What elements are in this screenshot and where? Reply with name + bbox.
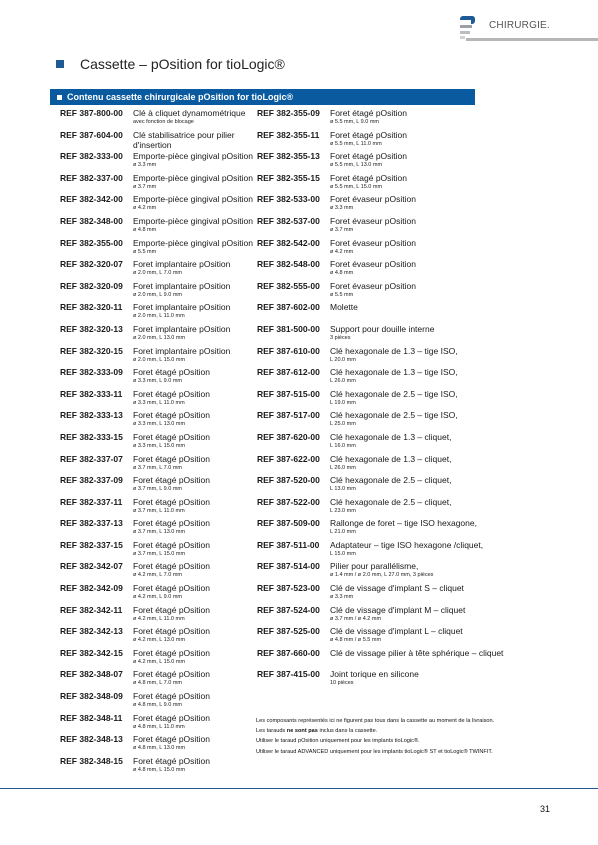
item-detail: ø 3.7 mm bbox=[133, 183, 253, 191]
item-name: Foret étagé pOsition bbox=[133, 648, 210, 658]
item-ref: REF 387-509-00 bbox=[257, 518, 330, 540]
item-description: Emporte-pièce gingival pOsitionø 3.7 mm bbox=[133, 173, 253, 195]
item-detail: L 26.0 mm bbox=[330, 377, 458, 385]
page-title-text: Cassette – pOsition for tioLogic® bbox=[80, 56, 285, 72]
item-detail: ø 4.2 mm bbox=[133, 204, 253, 212]
list-item: REF 387-514-00Pilier pour parallélisme,ø… bbox=[257, 561, 547, 583]
list-item: REF 382-342-00Emporte-pièce gingival pOs… bbox=[60, 194, 255, 216]
item-name: Joint torique en silicone bbox=[330, 669, 419, 679]
list-item: REF 382-348-00Emporte-pièce gingival pOs… bbox=[60, 216, 255, 238]
item-ref: REF 387-415-00 bbox=[257, 669, 330, 691]
item-ref: REF 387-517-00 bbox=[257, 410, 330, 432]
item-detail: ø 4.2 mm, L 11.0 mm bbox=[133, 615, 210, 623]
list-item: REF 382-555-00Foret évaseur pOsitionø 5.… bbox=[257, 281, 547, 303]
item-description: Clé hexagonale de 2.5 – tige ISO,L 25.0 … bbox=[330, 410, 458, 432]
item-ref: REF 387-604-00 bbox=[60, 130, 133, 152]
item-name: Foret étagé pOsition bbox=[330, 130, 407, 140]
item-description: Foret étagé pOsitionø 4.2 mm, L 7.0 mm bbox=[133, 561, 210, 583]
item-description: Foret étagé pOsitionø 4.2 mm, L 9.0 mm bbox=[133, 583, 210, 605]
item-detail: ø 2.0 mm, L 7.0 mm bbox=[133, 269, 230, 277]
section-header: Contenu cassette chirurgicale pOsition f… bbox=[50, 89, 475, 105]
item-name: Foret étagé pOsition bbox=[133, 410, 210, 420]
list-item: REF 382-333-11Foret étagé pOsitionø 3.3 … bbox=[60, 389, 255, 411]
item-description: Foret étagé pOsitionø 4.8 mm, L 15.0 mm bbox=[133, 756, 210, 778]
item-detail: ø 5.5 mm bbox=[330, 291, 416, 299]
item-detail: ø 5.5 mm, L 15.0 mm bbox=[330, 183, 407, 191]
item-description: Foret étagé pOsitionø 4.8 mm, L 13.0 mm bbox=[133, 734, 210, 756]
item-description: Foret étagé pOsitionø 3.7 mm, L 9.0 mm bbox=[133, 475, 210, 497]
item-description: Clé à cliquet dynamométriqueavec fonctio… bbox=[133, 108, 245, 130]
item-detail: ø 3.7 mm / ø 4.2 mm bbox=[330, 615, 465, 623]
item-description: Foret implantaire pOsitionø 2.0 mm, L 13… bbox=[133, 324, 230, 346]
item-name: Clé hexagonale de 1.3 – tige ISO, bbox=[330, 346, 458, 356]
item-ref: REF 382-537-00 bbox=[257, 216, 330, 238]
item-ref: REF 382-355-15 bbox=[257, 173, 330, 195]
item-name: Foret implantaire pOsition bbox=[133, 281, 230, 291]
item-detail: ø 4.8 mm, L 11.0 mm bbox=[133, 723, 210, 731]
list-item: REF 387-622-00Clé hexagonale de 1.3 – cl… bbox=[257, 454, 547, 476]
item-name: Emporte-pièce gingival pOsition bbox=[133, 216, 253, 226]
item-detail: ø 4.2 mm, L 13.0 mm bbox=[133, 636, 210, 644]
item-description: Clé hexagonale de 1.3 – cliquet,L 26.0 m… bbox=[330, 454, 451, 476]
item-description: Clé hexagonale de 1.3 – tige ISO,L 26.0 … bbox=[330, 367, 458, 389]
item-ref: REF 382-333-09 bbox=[60, 367, 133, 389]
item-ref: REF 382-342-15 bbox=[60, 648, 133, 670]
item-description: Molette bbox=[330, 302, 358, 324]
item-name: Foret étagé pOsition bbox=[133, 454, 210, 464]
item-ref: REF 387-515-00 bbox=[257, 389, 330, 411]
item-name: Clé de vissage d'implant M – cliquet bbox=[330, 605, 465, 615]
item-ref: REF 387-602-00 bbox=[257, 302, 330, 324]
item-name: Foret implantaire pOsition bbox=[133, 346, 230, 356]
note-line: Les tarauds ne sont pas inclus dans la c… bbox=[256, 726, 494, 736]
item-name: Foret étagé pOsition bbox=[133, 713, 210, 723]
header-divider bbox=[466, 38, 598, 41]
item-name: Clé hexagonale de 2.5 – cliquet, bbox=[330, 475, 451, 485]
item-ref: REF 387-524-00 bbox=[257, 605, 330, 627]
list-item: REF 382-348-15Foret étagé pOsitionø 4.8 … bbox=[60, 756, 255, 778]
item-ref: REF 387-514-00 bbox=[257, 561, 330, 583]
item-description: Joint torique en silicone10 pièces bbox=[330, 669, 419, 691]
item-name: Foret étagé pOsition bbox=[133, 626, 210, 636]
item-ref: REF 382-348-07 bbox=[60, 669, 133, 691]
item-description: Clé hexagonale de 2.5 – tige ISO,L 19.0 … bbox=[330, 389, 458, 411]
list-item: REF 382-542-00Foret évaseur pOsitionø 4.… bbox=[257, 238, 547, 260]
list-item: REF 382-355-11Foret étagé pOsitionø 5.5 … bbox=[257, 130, 547, 152]
item-name: Foret étagé pOsition bbox=[330, 173, 407, 183]
item-description: Foret étagé pOsitionø 3.3 mm, L 15.0 mm bbox=[133, 432, 210, 454]
item-ref: REF 382-348-09 bbox=[60, 691, 133, 713]
list-item: REF 382-337-13Foret étagé pOsitionø 3.7 … bbox=[60, 518, 255, 540]
item-ref: REF 382-320-09 bbox=[60, 281, 133, 303]
item-name: Clé hexagonale de 2.5 – cliquet, bbox=[330, 497, 451, 507]
item-ref: REF 387-800-00 bbox=[60, 108, 133, 130]
page-title: Cassette – pOsition for tioLogic® bbox=[56, 56, 285, 72]
item-ref: REF 382-337-15 bbox=[60, 540, 133, 562]
item-description: Foret évaseur pOsitionø 4.2 mm bbox=[330, 238, 416, 260]
list-item: REF 382-320-11Foret implantaire pOsition… bbox=[60, 302, 255, 324]
item-name: Foret étagé pOsition bbox=[133, 497, 210, 507]
item-name: Foret étagé pOsition bbox=[133, 518, 210, 528]
item-ref: REF 382-337-07 bbox=[60, 454, 133, 476]
item-name: Foret évaseur pOsition bbox=[330, 281, 416, 291]
item-detail: ø 4.8 mm, L 13.0 mm bbox=[133, 744, 210, 752]
item-name: Rallonge de foret – tige ISO hexagone, bbox=[330, 518, 477, 528]
item-detail: ø 3.7 mm bbox=[330, 226, 416, 234]
item-name: Foret étagé pOsition bbox=[133, 734, 210, 744]
list-item: REF 382-355-09Foret étagé pOsitionø 5.5 … bbox=[257, 108, 547, 130]
item-detail: L 26.0 mm bbox=[330, 464, 451, 472]
list-item: REF 382-548-00Foret évaseur pOsitionø 4.… bbox=[257, 259, 547, 281]
item-name: Clé hexagonale de 1.3 – cliquet, bbox=[330, 432, 451, 442]
list-item: REF 382-337-07Foret étagé pOsitionø 3.7 … bbox=[60, 454, 255, 476]
list-item: REF 382-533-00Foret évaseur pOsitionø 3.… bbox=[257, 194, 547, 216]
note-line: Utiliser le taraud pOsition uniquement p… bbox=[256, 736, 494, 746]
list-item: REF 382-320-07Foret implantaire pOsition… bbox=[60, 259, 255, 281]
item-description: Foret évaseur pOsitionø 5.5 mm bbox=[330, 281, 416, 303]
item-description: Clé hexagonale de 1.3 – tige ISO,L 20.0 … bbox=[330, 346, 458, 368]
item-ref: REF 382-337-11 bbox=[60, 497, 133, 519]
item-name: Clé à cliquet dynamométrique bbox=[133, 108, 245, 118]
item-description: Pilier pour parallélisme,ø 1.4 mm / ø 2.… bbox=[330, 561, 433, 583]
item-detail: ø 3.3 mm bbox=[133, 161, 253, 169]
item-description: Clé hexagonale de 2.5 – cliquet,L 23.0 m… bbox=[330, 497, 451, 519]
item-ref: REF 387-525-00 bbox=[257, 626, 330, 648]
item-description: Foret étagé pOsitionø 3.3 mm, L 13.0 mm bbox=[133, 410, 210, 432]
list-item: REF 382-537-00Foret évaseur pOsitionø 3.… bbox=[257, 216, 547, 238]
item-ref: REF 382-355-00 bbox=[60, 238, 133, 260]
item-description: Clé hexagonale de 1.3 – cliquet,L 16.0 m… bbox=[330, 432, 451, 454]
list-item: REF 382-355-00Emporte-pièce gingival pOs… bbox=[60, 238, 255, 260]
item-description: Foret étagé pOsitionø 4.2 mm, L 11.0 mm bbox=[133, 605, 210, 627]
item-ref: REF 382-348-11 bbox=[60, 713, 133, 735]
item-ref: REF 382-342-13 bbox=[60, 626, 133, 648]
list-item: REF 382-348-09Foret étagé pOsitionø 4.8 … bbox=[60, 691, 255, 713]
item-detail: ø 5.5 mm, L 11.0 mm bbox=[330, 140, 407, 148]
list-item: REF 382-320-15Foret implantaire pOsition… bbox=[60, 346, 255, 368]
item-description: Foret évaseur pOsitionø 3.7 mm bbox=[330, 216, 416, 238]
item-name: Foret étagé pOsition bbox=[330, 151, 407, 161]
item-description: Rallonge de foret – tige ISO hexagone,L … bbox=[330, 518, 477, 540]
list-item: REF 382-348-11Foret étagé pOsitionø 4.8 … bbox=[60, 713, 255, 735]
item-description: Foret étagé pOsitionø 4.8 mm, L 11.0 mm bbox=[133, 713, 210, 735]
item-detail: L 20.0 mm bbox=[330, 356, 458, 364]
list-item: REF 382-333-00Emporte-pièce gingival pOs… bbox=[60, 151, 255, 173]
item-description: Foret évaseur pOsitionø 4.8 mm bbox=[330, 259, 416, 281]
item-name: Clé de vissage pilier à tête sphérique –… bbox=[330, 648, 503, 658]
item-detail: ø 4.2 mm, L 7.0 mm bbox=[133, 571, 210, 579]
note-line: Utiliser le taraud ADVANCED uniquement p… bbox=[256, 747, 494, 757]
item-detail: L 25.0 mm bbox=[330, 420, 458, 428]
item-ref: REF 382-337-09 bbox=[60, 475, 133, 497]
item-ref: REF 382-555-00 bbox=[257, 281, 330, 303]
item-description: Emporte-pièce gingival pOsitionø 4.2 mm bbox=[133, 194, 253, 216]
item-description: Foret étagé pOsitionø 3.7 mm, L 7.0 mm bbox=[133, 454, 210, 476]
item-ref: REF 387-620-00 bbox=[257, 432, 330, 454]
item-description: Foret implantaire pOsitionø 2.0 mm, L 15… bbox=[133, 346, 230, 368]
item-description: Foret étagé pOsitionø 4.2 mm, L 13.0 mm bbox=[133, 626, 210, 648]
item-name: Foret étagé pOsition bbox=[133, 475, 210, 485]
item-ref: REF 387-511-00 bbox=[257, 540, 330, 562]
item-ref: REF 382-542-00 bbox=[257, 238, 330, 260]
list-item: REF 387-525-00Clé de vissage d'implant L… bbox=[257, 626, 547, 648]
item-name: Clé stabilisatrice pour pilier d'inserti… bbox=[133, 130, 255, 150]
item-name: Foret évaseur pOsition bbox=[330, 216, 416, 226]
list-item: REF 387-602-00Molette bbox=[257, 302, 547, 324]
item-description: Foret étagé pOsitionø 4.2 mm, L 15.0 mm bbox=[133, 648, 210, 670]
list-item: REF 382-333-09Foret étagé pOsitionø 3.3 … bbox=[60, 367, 255, 389]
item-ref: REF 387-622-00 bbox=[257, 454, 330, 476]
item-name: Foret étagé pOsition bbox=[133, 669, 210, 679]
item-list-left: REF 387-800-00Clé à cliquet dynamométriq… bbox=[60, 108, 255, 777]
item-name: Emporte-pièce gingival pOsition bbox=[133, 151, 253, 161]
item-description: Clé de vissage d'implant M – cliquetø 3.… bbox=[330, 605, 465, 627]
item-ref: REF 382-548-00 bbox=[257, 259, 330, 281]
item-detail: ø 3.7 mm, L 13.0 mm bbox=[133, 528, 210, 536]
item-name: Clé hexagonale de 2.5 – tige ISO, bbox=[330, 410, 458, 420]
item-ref: REF 382-348-15 bbox=[60, 756, 133, 778]
brand-name: CHIRURGIE. bbox=[489, 20, 550, 31]
item-name: Foret étagé pOsition bbox=[133, 691, 210, 701]
item-detail: ø 3.7 mm, L 7.0 mm bbox=[133, 464, 210, 472]
item-name: Foret évaseur pOsition bbox=[330, 259, 416, 269]
list-item: REF 387-415-00Joint torique en silicone1… bbox=[257, 669, 547, 691]
item-ref: REF 382-333-11 bbox=[60, 389, 133, 411]
item-ref: REF 387-612-00 bbox=[257, 367, 330, 389]
list-item: REF 382-348-07Foret étagé pOsitionø 4.8 … bbox=[60, 669, 255, 691]
item-detail: ø 4.2 mm, L 15.0 mm bbox=[133, 658, 210, 666]
item-name: Foret implantaire pOsition bbox=[133, 324, 230, 334]
item-list-right: REF 382-355-09Foret étagé pOsitionø 5.5 … bbox=[257, 108, 547, 691]
item-name: Emporte-pièce gingival pOsition bbox=[133, 194, 253, 204]
note-line: Les composants représentés ici ne figure… bbox=[256, 716, 494, 726]
item-name: Clé de vissage d'implant S – cliquet bbox=[330, 583, 464, 593]
item-detail: ø 4.8 mm, L 15.0 mm bbox=[133, 766, 210, 774]
page-number: 31 bbox=[540, 804, 550, 814]
item-description: Clé de vissage d'implant S – cliquetø 3.… bbox=[330, 583, 464, 605]
item-description: Foret étagé pOsitionø 5.5 mm, L 13.0 mm bbox=[330, 151, 407, 173]
list-item: REF 387-517-00Clé hexagonale de 2.5 – ti… bbox=[257, 410, 547, 432]
item-name: Clé de vissage d'implant L – cliquet bbox=[330, 626, 463, 636]
list-item: REF 387-522-00Clé hexagonale de 2.5 – cl… bbox=[257, 497, 547, 519]
item-ref: REF 382-320-07 bbox=[60, 259, 133, 281]
item-description: Foret étagé pOsitionø 3.3 mm, L 9.0 mm bbox=[133, 367, 210, 389]
item-ref: REF 381-500-00 bbox=[257, 324, 330, 346]
item-detail: L 15.0 mm bbox=[330, 550, 483, 558]
list-item: REF 382-337-15Foret étagé pOsitionø 3.7 … bbox=[60, 540, 255, 562]
item-ref: REF 382-333-00 bbox=[60, 151, 133, 173]
item-ref: REF 382-342-11 bbox=[60, 605, 133, 627]
list-item: REF 387-660-00Clé de vissage pilier à tê… bbox=[257, 648, 547, 670]
item-name: Molette bbox=[330, 302, 358, 312]
item-name: Foret implantaire pOsition bbox=[133, 259, 230, 269]
brand-header: CHIRURGIE. bbox=[458, 14, 598, 44]
item-description: Clé stabilisatrice pour pilier d'inserti… bbox=[133, 130, 255, 152]
list-item: REF 382-333-15Foret étagé pOsitionø 3.3 … bbox=[60, 432, 255, 454]
item-detail: ø 3.3 mm, L 13.0 mm bbox=[133, 420, 210, 428]
section-title: Contenu cassette chirurgicale pOsition f… bbox=[67, 92, 293, 102]
list-item: REF 382-337-09Foret étagé pOsitionø 3.7 … bbox=[60, 475, 255, 497]
item-detail: ø 3.3 mm bbox=[330, 593, 464, 601]
item-detail: ø 5.5 mm, L 9.0 mm bbox=[330, 118, 407, 126]
notes: Les composants représentés ici ne figure… bbox=[256, 716, 494, 757]
item-detail: ø 4.8 mm, L 9.0 mm bbox=[133, 701, 210, 709]
list-item: REF 387-604-00Clé stabilisatrice pour pi… bbox=[60, 130, 255, 152]
item-ref: REF 382-355-09 bbox=[257, 108, 330, 130]
list-item: REF 382-333-13Foret étagé pOsitionø 3.3 … bbox=[60, 410, 255, 432]
item-detail: ø 3.7 mm, L 11.0 mm bbox=[133, 507, 210, 515]
item-ref: REF 382-355-11 bbox=[257, 130, 330, 152]
item-ref: REF 382-337-00 bbox=[60, 173, 133, 195]
item-description: Emporte-pièce gingival pOsitionø 4.8 mm bbox=[133, 216, 253, 238]
item-description: Foret étagé pOsitionø 3.3 mm, L 11.0 mm bbox=[133, 389, 210, 411]
item-name: Foret étagé pOsition bbox=[330, 108, 407, 118]
item-detail: avec fonction de blocage bbox=[133, 118, 245, 126]
item-description: Foret implantaire pOsitionø 2.0 mm, L 9.… bbox=[133, 281, 230, 303]
item-detail: ø 4.2 mm bbox=[330, 248, 416, 256]
item-ref: REF 387-522-00 bbox=[257, 497, 330, 519]
list-item: REF 382-342-11Foret étagé pOsitionø 4.2 … bbox=[60, 605, 255, 627]
brand-logo-icon bbox=[458, 16, 476, 40]
item-detail: ø 4.2 mm, L 9.0 mm bbox=[133, 593, 210, 601]
item-ref: REF 387-520-00 bbox=[257, 475, 330, 497]
item-detail: ø 3.3 mm, L 9.0 mm bbox=[133, 377, 210, 385]
list-item: REF 387-511-00Adaptateur – tige ISO hexa… bbox=[257, 540, 547, 562]
list-item: REF 382-342-15Foret étagé pOsitionø 4.2 … bbox=[60, 648, 255, 670]
item-detail: ø 4.8 mm bbox=[330, 269, 416, 277]
list-item: REF 382-337-00Emporte-pièce gingival pOs… bbox=[60, 173, 255, 195]
item-ref: REF 382-333-13 bbox=[60, 410, 133, 432]
item-ref: REF 382-333-15 bbox=[60, 432, 133, 454]
item-detail: ø 2.0 mm, L 9.0 mm bbox=[133, 291, 230, 299]
item-ref: REF 382-337-13 bbox=[60, 518, 133, 540]
item-name: Foret évaseur pOsition bbox=[330, 238, 416, 248]
item-ref: REF 387-523-00 bbox=[257, 583, 330, 605]
list-item: REF 382-348-13Foret étagé pOsitionø 4.8 … bbox=[60, 734, 255, 756]
item-ref: REF 382-533-00 bbox=[257, 194, 330, 216]
item-description: Clé de vissage pilier à tête sphérique –… bbox=[330, 648, 503, 670]
item-name: Foret étagé pOsition bbox=[133, 583, 210, 593]
item-detail: ø 3.3 mm bbox=[330, 204, 416, 212]
item-name: Foret étagé pOsition bbox=[133, 605, 210, 615]
list-item: REF 382-342-07Foret étagé pOsitionø 4.2 … bbox=[60, 561, 255, 583]
list-item: REF 382-337-11Foret étagé pOsitionø 3.7 … bbox=[60, 497, 255, 519]
item-ref: REF 382-320-11 bbox=[60, 302, 133, 324]
item-ref: REF 387-610-00 bbox=[257, 346, 330, 368]
list-item: REF 387-523-00Clé de vissage d'implant S… bbox=[257, 583, 547, 605]
item-ref: REF 382-320-13 bbox=[60, 324, 133, 346]
item-detail: ø 2.0 mm, L 15.0 mm bbox=[133, 356, 230, 364]
item-description: Foret étagé pOsitionø 5.5 mm, L 11.0 mm bbox=[330, 130, 407, 152]
item-detail: L 13.0 mm bbox=[330, 485, 451, 493]
item-description: Foret étagé pOsitionø 3.7 mm, L 11.0 mm bbox=[133, 497, 210, 519]
item-name: Foret étagé pOsition bbox=[133, 389, 210, 399]
item-name: Clé hexagonale de 1.3 – tige ISO, bbox=[330, 367, 458, 377]
item-name: Clé hexagonale de 1.3 – cliquet, bbox=[330, 454, 451, 464]
square-bullet-icon bbox=[57, 95, 62, 100]
item-description: Foret étagé pOsitionø 3.7 mm, L 15.0 mm bbox=[133, 540, 210, 562]
item-ref: REF 382-342-07 bbox=[60, 561, 133, 583]
item-description: Emporte-pièce gingival pOsitionø 5.5 mm bbox=[133, 238, 253, 260]
footer-divider bbox=[0, 788, 598, 789]
item-description: Foret implantaire pOsitionø 2.0 mm, L 7.… bbox=[133, 259, 230, 281]
list-item: REF 387-612-00Clé hexagonale de 1.3 – ti… bbox=[257, 367, 547, 389]
item-name: Foret étagé pOsition bbox=[133, 540, 210, 550]
item-name: Clé hexagonale de 2.5 – tige ISO, bbox=[330, 389, 458, 399]
item-name: Foret étagé pOsition bbox=[133, 367, 210, 377]
item-name: Emporte-pièce gingival pOsition bbox=[133, 238, 253, 248]
item-detail: L 16.0 mm bbox=[330, 442, 451, 450]
item-name: Support pour douille interne bbox=[330, 324, 434, 334]
item-detail: ø 3.7 mm, L 9.0 mm bbox=[133, 485, 210, 493]
list-item: REF 387-610-00Clé hexagonale de 1.3 – ti… bbox=[257, 346, 547, 368]
item-detail: ø 5.5 mm, L 13.0 mm bbox=[330, 161, 407, 169]
item-description: Clé de vissage d'implant L – cliquetø 4.… bbox=[330, 626, 463, 648]
item-detail: ø 3.3 mm, L 15.0 mm bbox=[133, 442, 210, 450]
item-description: Support pour douille interne3 pièces bbox=[330, 324, 434, 346]
list-item: REF 382-355-15Foret étagé pOsitionø 5.5 … bbox=[257, 173, 547, 195]
item-detail: ø 2.0 mm, L 13.0 mm bbox=[133, 334, 230, 342]
item-detail: ø 4.8 mm / ø 5.5 mm bbox=[330, 636, 463, 644]
list-item: REF 382-320-09Foret implantaire pOsition… bbox=[60, 281, 255, 303]
item-name: Pilier pour parallélisme, bbox=[330, 561, 433, 571]
item-name: Foret étagé pOsition bbox=[133, 561, 210, 571]
item-detail: L 23.0 mm bbox=[330, 507, 451, 515]
item-name: Foret implantaire pOsition bbox=[133, 302, 230, 312]
item-description: Clé hexagonale de 2.5 – cliquet,L 13.0 m… bbox=[330, 475, 451, 497]
item-name: Foret étagé pOsition bbox=[133, 756, 210, 766]
list-item: REF 382-355-13Foret étagé pOsitionø 5.5 … bbox=[257, 151, 547, 173]
item-ref: REF 387-660-00 bbox=[257, 648, 330, 670]
item-name: Adaptateur – tige ISO hexagone /cliquet, bbox=[330, 540, 483, 550]
item-description: Foret étagé pOsitionø 5.5 mm, L 15.0 mm bbox=[330, 173, 407, 195]
list-item: REF 381-500-00Support pour douille inter… bbox=[257, 324, 547, 346]
item-description: Foret évaseur pOsitionø 3.3 mm bbox=[330, 194, 416, 216]
item-detail: ø 4.8 mm bbox=[133, 226, 253, 234]
list-item: REF 387-515-00Clé hexagonale de 2.5 – ti… bbox=[257, 389, 547, 411]
item-name: Foret évaseur pOsition bbox=[330, 194, 416, 204]
item-ref: REF 382-348-00 bbox=[60, 216, 133, 238]
list-item: REF 382-342-13Foret étagé pOsitionø 4.2 … bbox=[60, 626, 255, 648]
list-item: REF 387-509-00Rallonge de foret – tige I… bbox=[257, 518, 547, 540]
list-item: REF 387-800-00Clé à cliquet dynamométriq… bbox=[60, 108, 255, 130]
item-detail: ø 3.3 mm, L 11.0 mm bbox=[133, 399, 210, 407]
item-description: Adaptateur – tige ISO hexagone /cliquet,… bbox=[330, 540, 483, 562]
item-detail: ø 2.0 mm, L 11.0 mm bbox=[133, 312, 230, 320]
item-description: Emporte-pièce gingival pOsitionø 3.3 mm bbox=[133, 151, 253, 173]
item-detail: L 21.0 mm bbox=[330, 528, 477, 536]
item-ref: REF 382-355-13 bbox=[257, 151, 330, 173]
list-item: REF 387-524-00Clé de vissage d'implant M… bbox=[257, 605, 547, 627]
item-detail: 3 pièces bbox=[330, 334, 434, 342]
list-item: REF 387-520-00Clé hexagonale de 2.5 – cl… bbox=[257, 475, 547, 497]
square-bullet-icon bbox=[56, 60, 64, 68]
item-name: Emporte-pièce gingival pOsition bbox=[133, 173, 253, 183]
item-detail: ø 3.7 mm, L 15.0 mm bbox=[133, 550, 210, 558]
item-ref: REF 382-348-13 bbox=[60, 734, 133, 756]
item-detail: ø 5.5 mm bbox=[133, 248, 253, 256]
item-description: Foret étagé pOsitionø 5.5 mm, L 9.0 mm bbox=[330, 108, 407, 130]
item-detail: L 19.0 mm bbox=[330, 399, 458, 407]
item-description: Foret étagé pOsitionø 3.7 mm, L 13.0 mm bbox=[133, 518, 210, 540]
item-detail: ø 1.4 mm / ø 2.0 mm, L 27.0 mm, 3 pièces bbox=[330, 571, 433, 579]
item-detail: 10 pièces bbox=[330, 679, 419, 687]
list-item: REF 382-342-09Foret étagé pOsitionø 4.2 … bbox=[60, 583, 255, 605]
item-description: Foret implantaire pOsitionø 2.0 mm, L 11… bbox=[133, 302, 230, 324]
item-ref: REF 382-342-09 bbox=[60, 583, 133, 605]
item-detail: ø 4.8 mm, L 7.0 mm bbox=[133, 679, 210, 687]
item-ref: REF 382-320-15 bbox=[60, 346, 133, 368]
